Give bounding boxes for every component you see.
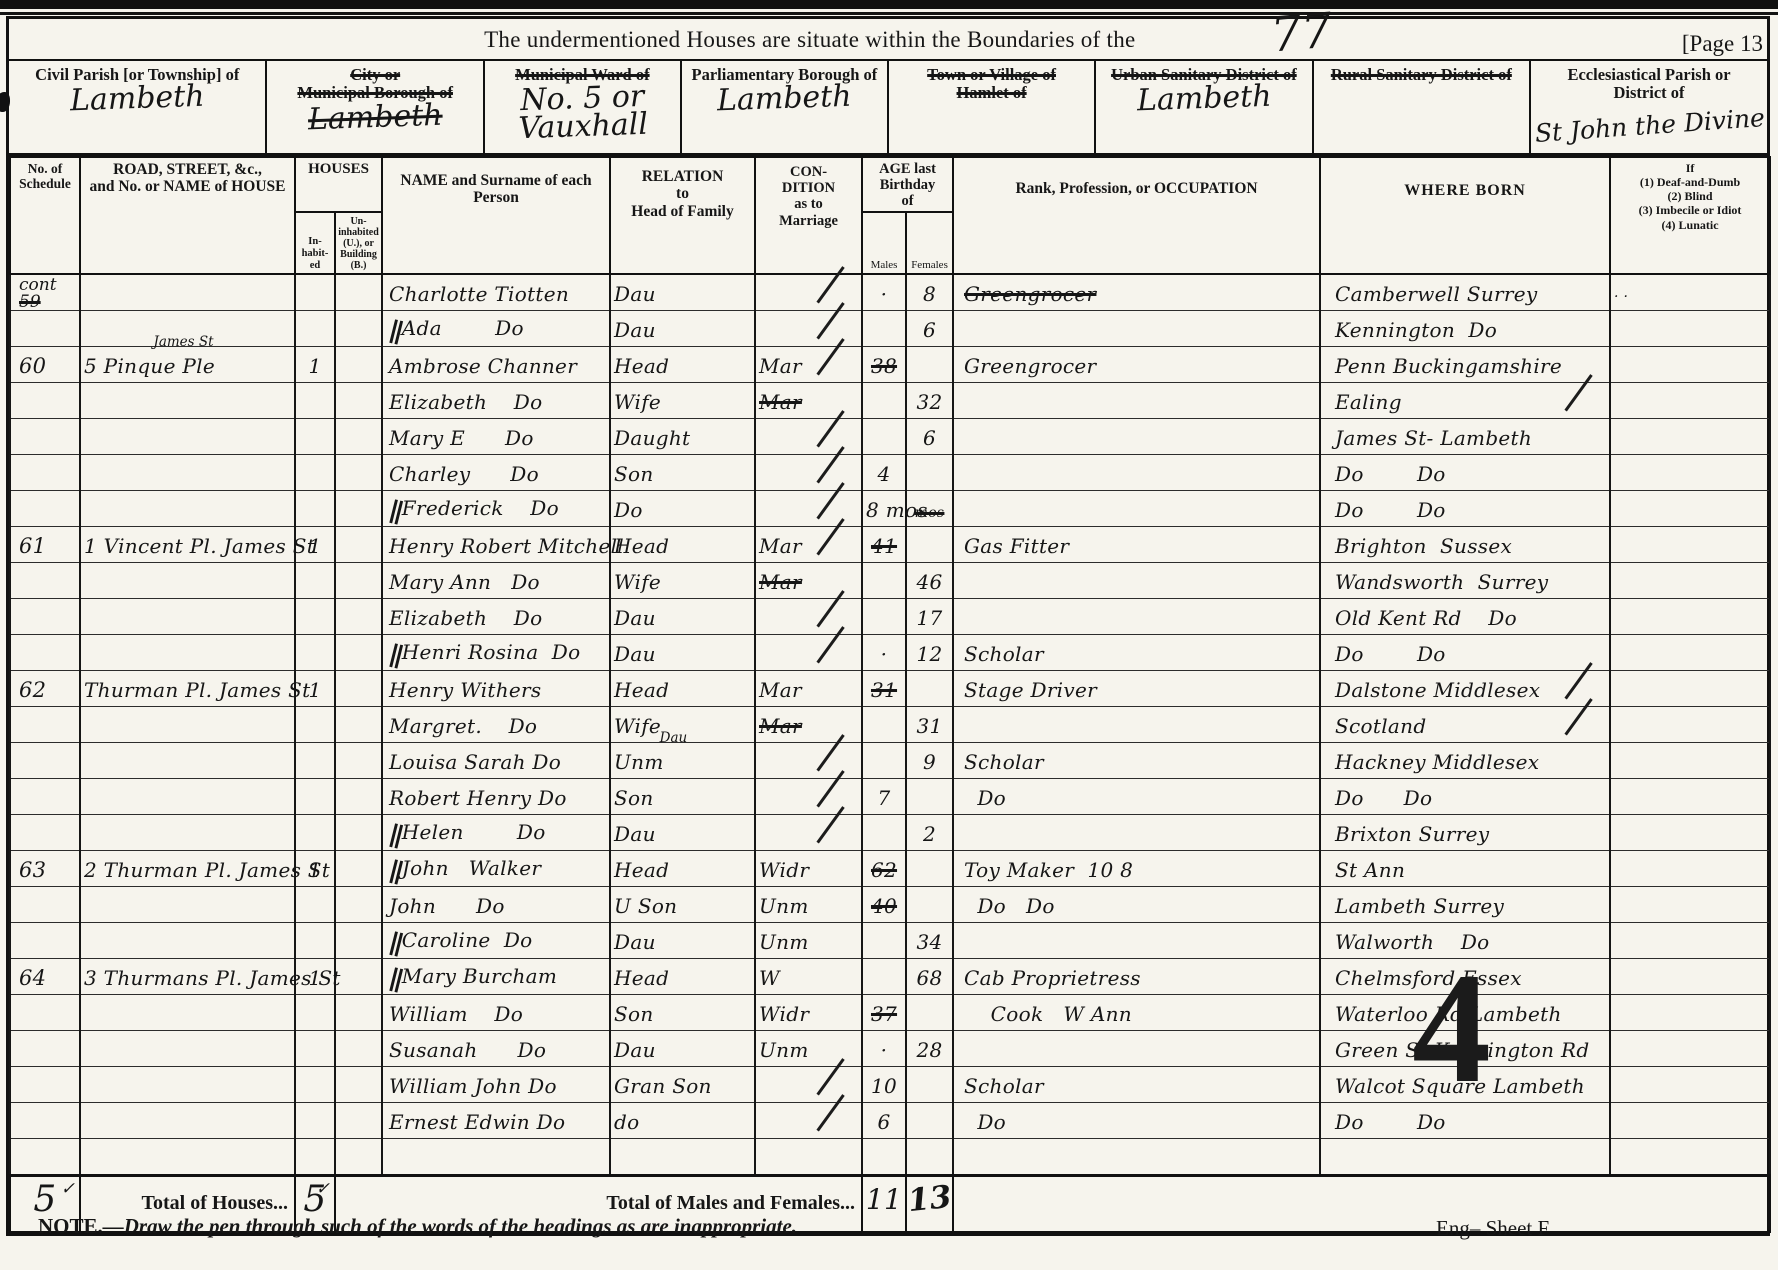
handwritten-text: Dau	[614, 930, 656, 954]
col-header-females: Females	[906, 212, 953, 274]
handwritten-text: Do Do	[1335, 498, 1446, 522]
cell-rel: Head	[610, 958, 755, 994]
cell-occ	[953, 310, 1320, 346]
handwritten-text: Penn Buckingamshire	[1335, 354, 1562, 378]
handwritten-text: Frederick Do	[402, 496, 559, 520]
cell-road	[80, 1102, 295, 1138]
cell-s	[10, 1030, 80, 1066]
cell-name: ∥John Walker	[382, 850, 610, 886]
handwritten-text: Unm	[614, 750, 664, 774]
handwritten-text: 2	[923, 822, 936, 846]
handwritten-text: William John Do	[389, 1074, 557, 1098]
cell-road	[80, 1030, 295, 1066]
handwritten-text: Wandsworth Surrey	[1335, 570, 1548, 594]
cell-road	[80, 418, 295, 454]
cell-m: 41	[862, 526, 906, 562]
superscript-note: James St	[153, 334, 213, 350]
table-row: 611 Vincent Pl. James St1Henry Robert Mi…	[10, 526, 1770, 562]
handwritten-text: Ambrose Channer	[389, 354, 577, 378]
handwritten-text: Greengrocer	[964, 354, 1096, 378]
handwritten-text: · ·	[1614, 289, 1628, 305]
cell-m	[862, 562, 906, 598]
district-box: City or Municipal Borough ofLambeth	[267, 61, 484, 153]
col-header-road: ROAD, STREET, &c., and No. or NAME of HO…	[80, 157, 295, 274]
handwritten-text: Do	[964, 1110, 1006, 1134]
cell-inf	[1610, 346, 1770, 382]
cell-inh	[295, 562, 335, 598]
cell-cond	[755, 742, 862, 778]
cell-inh	[295, 418, 335, 454]
handwritten-text: Wife	[614, 390, 661, 414]
handwritten-text: Wife	[614, 570, 661, 594]
page-number-label: [Page 13	[1682, 31, 1763, 57]
cell-inh: 1	[295, 850, 335, 886]
cell-inf	[1610, 454, 1770, 490]
handwritten-text: Unm	[759, 1038, 809, 1062]
cell-rel: Head	[610, 670, 755, 706]
cell-inh	[295, 274, 335, 311]
census-table: No. of Schedule ROAD, STREET, &c., and N…	[9, 156, 1771, 1233]
handwritten-text: 34	[916, 930, 942, 954]
cell-f	[906, 670, 953, 706]
handwritten-text: Elizabeth Do	[389, 606, 542, 630]
table-row: cont59Charlotte TiottenDau·8GreengrocerC…	[10, 274, 1770, 311]
cell-m	[862, 310, 906, 346]
table-row: John DoU SonUnm40 Do DoLambeth Surrey	[10, 886, 1770, 922]
cell-uninh	[335, 454, 382, 490]
household-tick-mark: ∥	[386, 317, 404, 349]
handwritten-text: Cab Proprietress	[964, 966, 1141, 990]
cell-road	[80, 1138, 295, 1175]
handwritten-text: 7	[878, 786, 891, 810]
cell-f	[906, 346, 953, 382]
cell-m	[862, 1138, 906, 1175]
cell-m: 40	[862, 886, 906, 922]
cell-rel: Dau	[610, 922, 755, 958]
cell-s: 62	[10, 670, 80, 706]
table-row: Mary Ann DoWifeMar46Wandsworth Surrey	[10, 562, 1770, 598]
cell-inh	[295, 886, 335, 922]
cell-s	[10, 1138, 80, 1175]
handwritten-text: 46	[916, 570, 942, 594]
cell-name: Mary Ann Do	[382, 562, 610, 598]
cell-name: Elizabeth Do	[382, 598, 610, 634]
cell-uninh	[335, 1030, 382, 1066]
cell-name: Mary E Do	[382, 418, 610, 454]
cell-m: 62	[862, 850, 906, 886]
cell-m	[862, 598, 906, 634]
cell-born: Hackney Middlesex	[1320, 742, 1610, 778]
cell-m	[862, 742, 906, 778]
handwritten-text: Henry Robert Mitchell	[389, 534, 624, 558]
title-row: The undermentioned Houses are situate wi…	[9, 19, 1767, 61]
cell-cond: Mar	[755, 346, 862, 382]
cell-road: 3 Thurmans Pl. James St	[80, 958, 295, 994]
handwritten-text: Unm	[759, 894, 809, 918]
footnote-text: —Draw the pen through such of the words …	[103, 1214, 797, 1238]
cell-road	[80, 886, 295, 922]
cell-cond: Mar	[755, 706, 862, 742]
household-tick-mark: ∥	[386, 821, 404, 853]
cell-name: Robert Henry Do	[382, 778, 610, 814]
cell-s	[10, 598, 80, 634]
handwritten-text: Charlotte Tiotten	[389, 282, 569, 306]
cell-inf	[1610, 598, 1770, 634]
cell-uninh	[335, 670, 382, 706]
cell-occ: Greengrocer	[953, 346, 1320, 382]
table-row: 62Thurman Pl. James St1Henry WithersHead…	[10, 670, 1770, 706]
cell-inh	[295, 994, 335, 1030]
scan-top-border	[0, 0, 1778, 9]
table-row: William John DoGran Son10ScholarWalcot S…	[10, 1066, 1770, 1102]
handwritten-text: Dau	[614, 282, 656, 306]
handwritten-text: Head	[614, 966, 669, 990]
cell-rel: Son	[610, 454, 755, 490]
handwritten-text: Mar	[759, 678, 802, 702]
cell-rel: Head	[610, 850, 755, 886]
cell-f: 9	[906, 742, 953, 778]
cell-name: Elizabeth Do	[382, 382, 610, 418]
district-box: Municipal Ward ofNo. 5 or Vauxhall	[485, 61, 682, 153]
cell-cond: Mar	[755, 562, 862, 598]
handwritten-text: Kennington Do	[1335, 318, 1497, 342]
handwritten-text: 38	[871, 354, 897, 378]
cell-inf	[1610, 778, 1770, 814]
handwritten-text: ·	[881, 1038, 888, 1062]
cell-road	[80, 382, 295, 418]
cell-cond	[755, 1066, 862, 1102]
handwritten-text: Widr	[759, 858, 809, 882]
handwritten-text: Scholar	[964, 642, 1044, 666]
cell-cond: Unm	[755, 886, 862, 922]
cell-uninh	[335, 850, 382, 886]
district-box: Town or Village of Hamlet of	[889, 61, 1096, 153]
handwritten-text: 31	[916, 714, 942, 738]
handwritten-text: 6	[923, 318, 936, 342]
cell-s	[10, 490, 80, 526]
handwritten-text: 37	[871, 1002, 897, 1026]
folio-number-handwritten: 77	[1269, 2, 1335, 63]
cell-name: William John Do	[382, 1066, 610, 1102]
cell-m	[862, 958, 906, 994]
cell-m: 4	[862, 454, 906, 490]
cell-inf	[1610, 634, 1770, 670]
cell-cond	[755, 1102, 862, 1138]
cell-f	[906, 1102, 953, 1138]
handwritten-text: Mar	[759, 390, 802, 414]
cell-inf: · ·	[1610, 274, 1770, 311]
cell-f: 46	[906, 562, 953, 598]
column-headers: No. of Schedule ROAD, STREET, &c., and N…	[10, 157, 1770, 274]
handwritten-text: 68	[916, 966, 942, 990]
cell-inf	[1610, 706, 1770, 742]
cell-born: Do Do	[1320, 778, 1610, 814]
col-header-occupation: Rank, Profession, or OCCUPATION	[953, 157, 1320, 274]
cell-rel: Son	[610, 778, 755, 814]
handwritten-text: 62	[871, 858, 897, 882]
check-mark: ✓	[61, 1179, 75, 1199]
cell-inh	[295, 310, 335, 346]
handwritten-text: Do Do	[1335, 462, 1446, 486]
cell-uninh	[335, 706, 382, 742]
cell-born	[1320, 1138, 1610, 1175]
cell-occ: Do	[953, 778, 1320, 814]
district-label: City or Municipal Borough of	[267, 66, 482, 103]
cell-rel: UnmDau	[610, 742, 755, 778]
cell-inf	[1610, 490, 1770, 526]
sheet-label: Eng– Sheet F	[1436, 1216, 1549, 1241]
cell-inh	[295, 1066, 335, 1102]
handwritten-text: Elizabeth Do	[389, 390, 542, 414]
handwritten-text: Ada Do	[402, 316, 524, 340]
handwritten-text: Dau	[614, 318, 656, 342]
cell-f	[906, 526, 953, 562]
cell-inf	[1610, 1030, 1770, 1066]
females-total-handwritten: 13	[907, 1182, 954, 1217]
handwritten-text: Scholar	[964, 750, 1044, 774]
cell-m	[862, 382, 906, 418]
cell-cond: Mar	[755, 382, 862, 418]
cell-m	[862, 922, 906, 958]
cell-name: ∥Henri Rosina Do	[382, 634, 610, 670]
footnote: NOTE.—Draw the pen through such of the w…	[38, 1214, 797, 1239]
handwritten-text: ·	[881, 282, 888, 306]
cell-f: 6	[906, 310, 953, 346]
cell-s: 63	[10, 850, 80, 886]
handwritten-text: Susanah Do	[389, 1038, 546, 1062]
total-males-value: 11	[862, 1175, 906, 1232]
cell-uninh	[335, 1102, 382, 1138]
handwritten-text: Do Do	[1335, 786, 1432, 810]
cell-born: James St- Lambeth	[1320, 418, 1610, 454]
table-row: Ernest Edwin Dodo6 DoDo Do	[10, 1102, 1770, 1138]
cell-occ: Scholar	[953, 742, 1320, 778]
district-box: Civil Parish [or Township] ofLambeth	[9, 61, 267, 153]
cell-uninh	[335, 742, 382, 778]
cell-m: ·	[862, 1030, 906, 1066]
cell-occ: Gas Fitter	[953, 526, 1320, 562]
handwritten-text: 1	[308, 966, 321, 990]
cell-inh	[295, 454, 335, 490]
cell-m: ·	[862, 274, 906, 311]
cell-born: Lambeth Surrey	[1320, 886, 1610, 922]
cell-cond: Widr	[755, 994, 862, 1030]
cell-f	[906, 778, 953, 814]
handwritten-text: Thurman Pl. James St	[84, 678, 310, 702]
cell-s	[10, 706, 80, 742]
table-row: Margret. DoWifeMar31Scotland	[10, 706, 1770, 742]
cell-rel: Dau	[610, 274, 755, 311]
cell-inh: 1	[295, 346, 335, 382]
table-row: 605 Pinque PleJames St1Ambrose ChannerHe…	[10, 346, 1770, 382]
cell-name: ∥Mary Burcham	[382, 958, 610, 994]
table-row: ∥Caroline DoDauUnm34Walworth Do	[10, 922, 1770, 958]
handwritten-text: Daught	[614, 426, 690, 450]
cell-born: Kennington Do	[1320, 310, 1610, 346]
handwritten-text: John Walker	[402, 856, 541, 880]
cell-rel: Head	[610, 346, 755, 382]
cell-f	[906, 1138, 953, 1175]
district-value-handwritten: Lambeth	[307, 102, 442, 134]
district-value-handwritten: Lambeth	[1136, 83, 1271, 115]
cell-f	[906, 454, 953, 490]
cell-occ: Do	[953, 1102, 1320, 1138]
col-header-relation: RELATION to Head of Family	[610, 157, 755, 274]
handwritten-text: Do	[614, 498, 643, 522]
col-header-condition: CON- DITION as to Marriage	[755, 157, 862, 274]
cell-name: Charley Do	[382, 454, 610, 490]
cell-s: 61	[10, 526, 80, 562]
cell-name: Susanah Do	[382, 1030, 610, 1066]
cell-inh	[295, 1102, 335, 1138]
cell-rel: Dau	[610, 1030, 755, 1066]
cell-name: ∥Caroline Do	[382, 922, 610, 958]
cell-road: 1 Vincent Pl. James St	[80, 526, 295, 562]
cell-f: 32	[906, 382, 953, 418]
cell-born: Old Kent Rd Do	[1320, 598, 1610, 634]
cell-m: 37	[862, 994, 906, 1030]
handwritten-text: 10	[871, 1074, 897, 1098]
cell-inh	[295, 382, 335, 418]
handwritten-text: 8	[923, 282, 936, 306]
cell-name: John Do	[382, 886, 610, 922]
table-row: Charley DoSon4Do Do	[10, 454, 1770, 490]
table-row: ∥Helen DoDau2Brixton Surrey	[10, 814, 1770, 850]
cell-inh	[295, 814, 335, 850]
cell-uninh	[335, 778, 382, 814]
cell-s	[10, 814, 80, 850]
district-box: Urban Sanitary District ofLambeth	[1096, 61, 1313, 153]
cell-s	[10, 922, 80, 958]
col-header-houses: HOUSES	[295, 157, 382, 212]
handwritten-text: Helen Do	[402, 820, 546, 844]
cell-road	[80, 814, 295, 850]
handwritten-text: Mary E Do	[389, 426, 534, 450]
cell-rel: Dau	[610, 310, 755, 346]
table-row: ∥Ada DoDau6Kennington Do	[10, 310, 1770, 346]
cell-s	[10, 418, 80, 454]
district-value-handwritten: Lambeth	[69, 83, 204, 115]
cell-m: 38	[862, 346, 906, 382]
cell-occ: Toy Maker 10 8	[953, 850, 1320, 886]
cell-f	[906, 994, 953, 1030]
cell-rel: Wife	[610, 562, 755, 598]
cell-occ: Cab Proprietress	[953, 958, 1320, 994]
cell-f: 31	[906, 706, 953, 742]
cell-road	[80, 1066, 295, 1102]
col-header-males: Males	[862, 212, 906, 274]
cell-road	[80, 706, 295, 742]
cell-s	[10, 454, 80, 490]
handwritten-text: Son	[614, 462, 654, 486]
handwritten-text: Mar	[759, 534, 802, 558]
cell-cond	[755, 454, 862, 490]
cell-s	[10, 886, 80, 922]
handwritten-text: Ealing	[1335, 390, 1402, 414]
handwritten-text: Dalstone Middlesex	[1335, 678, 1540, 702]
handwritten-text: Son	[614, 786, 654, 810]
handwritten-text: 28	[916, 1038, 942, 1062]
cell-cond	[755, 778, 862, 814]
cell-cond	[755, 1138, 862, 1175]
table-row: Louisa Sarah DoUnmDau9ScholarHackney Mid…	[10, 742, 1770, 778]
handwritten-text: Lambeth Surrey	[1335, 894, 1504, 918]
handwritten-text: Ernest Edwin Do	[389, 1110, 565, 1134]
cell-cond: W	[755, 958, 862, 994]
handwritten-text: 60	[19, 354, 46, 378]
district-header-row: Civil Parish [or Township] ofLambethCity…	[9, 61, 1767, 156]
cell-uninh	[335, 418, 382, 454]
handwritten-text: Mar	[759, 354, 802, 378]
handwritten-text: Old Kent Rd Do	[1335, 606, 1517, 630]
handwritten-text: 64	[19, 966, 46, 990]
cell-f: 12	[906, 634, 953, 670]
table-row: 643 Thurmans Pl. James St1∥Mary BurchamH…	[10, 958, 1770, 994]
handwritten-text: Do	[964, 786, 1006, 810]
cell-rel: do	[610, 1102, 755, 1138]
cell-inf	[1610, 310, 1770, 346]
cell-rel: U Son	[610, 886, 755, 922]
cell-uninh	[335, 310, 382, 346]
handwritten-text: Mar	[759, 570, 802, 594]
cell-road: 5 Pinque PleJames St	[80, 346, 295, 382]
cell-uninh	[335, 1066, 382, 1102]
handwritten-text: 63	[19, 858, 46, 882]
handwritten-text: Camberwell Surrey	[1335, 282, 1537, 306]
cell-occ	[953, 814, 1320, 850]
handwritten-text: Head	[614, 354, 669, 378]
handwritten-text: mos	[915, 505, 945, 521]
stamp-number-4: 4	[1412, 962, 1491, 1096]
cell-inf	[1610, 562, 1770, 598]
handwritten-text: cont59	[19, 277, 76, 309]
cell-rel: Daught	[610, 418, 755, 454]
cell-occ	[953, 706, 1320, 742]
cell-inh	[295, 706, 335, 742]
cell-uninh	[335, 382, 382, 418]
cell-f	[906, 1066, 953, 1102]
cell-m	[862, 418, 906, 454]
cell-uninh	[335, 958, 382, 994]
handwritten-text: 17	[916, 606, 942, 630]
col-header-uninhabited: Un- inhabited (U.), or Building (B.)	[335, 212, 382, 274]
district-value-handwritten: St John the Divine	[1534, 106, 1765, 145]
handwritten-text: Do Do	[964, 894, 1055, 918]
cell-cond: Mar	[755, 526, 862, 562]
handwritten-text: Mar	[759, 714, 802, 738]
cell-born: Brighton Sussex	[1320, 526, 1610, 562]
cell-f	[906, 886, 953, 922]
household-tick-mark: ∥	[386, 857, 404, 889]
cell-s: 64	[10, 958, 80, 994]
total-females-value: 13	[906, 1175, 953, 1232]
col-header-inhabited: In- habit- ed	[295, 212, 335, 274]
cell-road	[80, 274, 295, 311]
cell-m	[862, 706, 906, 742]
cell-cond	[755, 814, 862, 850]
cell-f: mos	[906, 490, 953, 526]
handwritten-text: Brixton Surrey	[1335, 822, 1489, 846]
handwritten-text: 6	[923, 426, 936, 450]
scan-top-border-line	[0, 12, 1778, 15]
cell-uninh	[335, 274, 382, 311]
cell-uninh	[335, 562, 382, 598]
handwritten-text: Dau	[614, 822, 656, 846]
cell-inh	[295, 1138, 335, 1175]
cell-born: Do Do	[1320, 634, 1610, 670]
cell-road	[80, 778, 295, 814]
table-row: William DoSonWidr37 Cook W AnnWaterloo R…	[10, 994, 1770, 1030]
